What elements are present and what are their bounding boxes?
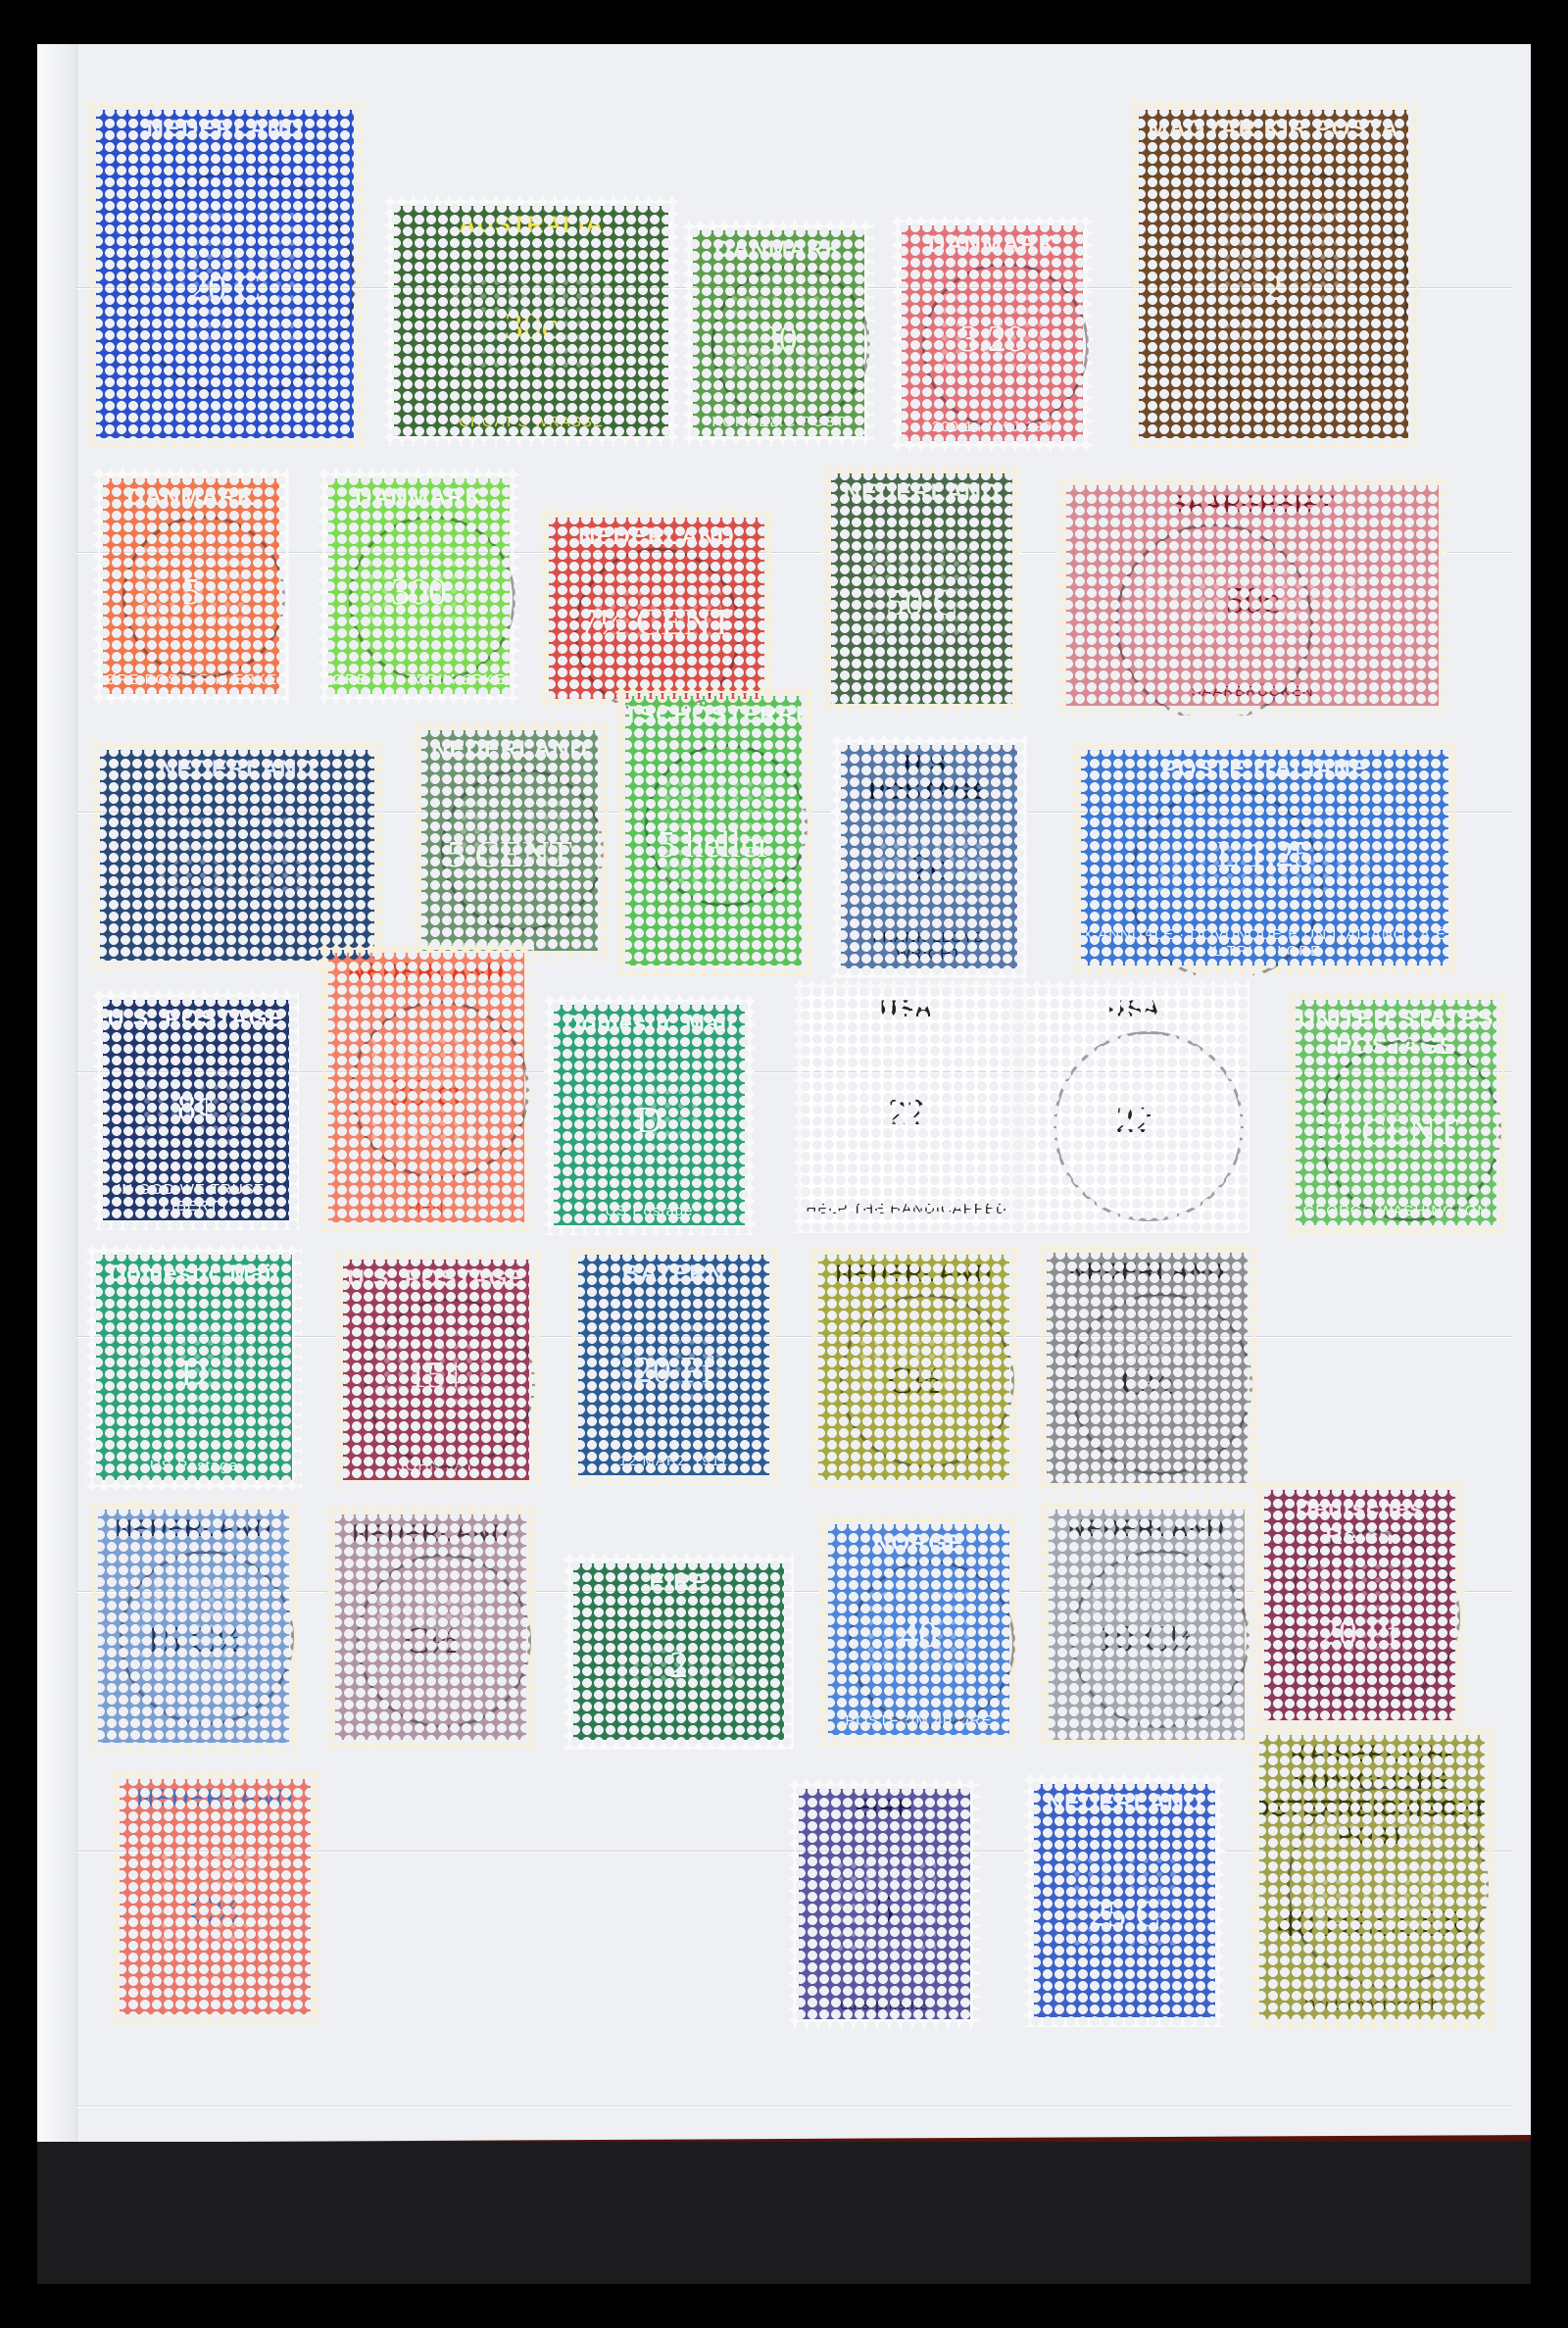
stamp: NEDERLANDC½ bbox=[808, 1245, 1019, 1490]
stamp: NEDERLAND30 ctMEN bbox=[318, 943, 534, 1232]
perfin-holes bbox=[857, 1322, 971, 1412]
perfin-holes bbox=[592, 572, 721, 645]
stamp-caption: IN GOD WE TRUST · LIBERTY bbox=[103, 1181, 289, 1220]
stamp-caption: X ANNUALE · DOVUNQUE È UN ITALIANO LÀ È … bbox=[1081, 926, 1448, 966]
perfin-holes bbox=[938, 290, 1047, 376]
stamp-design: NORGE40POSTFRIM 40 ØRE bbox=[828, 1524, 1009, 1735]
stamp-design: KAISERLICH-KÖNIGLICHE ÖSTERREICHISCHE PO… bbox=[1259, 1735, 1485, 2019]
stamp: NEDERLAND50 C bbox=[821, 464, 1022, 714]
stamp: U.S. POSTAGE15¢JOHN JAY bbox=[333, 1250, 539, 1490]
perfin-holes bbox=[367, 1034, 485, 1142]
stamp: Domestic MailDUS Postage bbox=[86, 1245, 302, 1490]
stamp: Domestic MailDUS Postage bbox=[544, 995, 755, 1235]
perfin-holes bbox=[136, 1579, 251, 1672]
perfin-holes bbox=[365, 543, 473, 629]
stamp: NEDERLAND20 C bbox=[86, 100, 364, 448]
stamp-country: NEDERLAND bbox=[348, 953, 505, 986]
stamp: DANMARK3.202200 14 MAJ 1990 bbox=[892, 216, 1093, 451]
stamp-caption: Deutschösterreich bbox=[1304, 1997, 1440, 2019]
stamp: AUSTRALIA30cCHOAT'S WRASSE bbox=[384, 196, 678, 446]
perfin-holes bbox=[1302, 1560, 1417, 1652]
perfin-holes bbox=[155, 814, 319, 898]
stamp-caption: SAARBRÜCKEN bbox=[1191, 683, 1313, 706]
stamp-design: NEDERLAND25 C bbox=[1034, 1784, 1215, 2017]
perfin-holes bbox=[1088, 1579, 1205, 1671]
perfin-holes bbox=[1071, 1060, 1198, 1153]
stamp-design: DANMARK3.202200 14 MAJ 1990 bbox=[902, 225, 1083, 441]
stamp-country: NEDERLAND bbox=[147, 110, 304, 143]
stamp-caption: JOHN JAY bbox=[397, 1458, 474, 1480]
stamp-country: MAGYAR KIR POSTA bbox=[1148, 110, 1398, 143]
stamp-country: AUSTRALIA bbox=[459, 206, 604, 239]
glassine-strip bbox=[76, 2105, 1512, 2106]
stamp-caption: POSTFRIM 40 ØRE bbox=[845, 1712, 992, 1735]
stamp-design: MAGYAR KIR POSTA2 bbox=[1139, 110, 1408, 438]
stamp-country: U.S. POSTAGE bbox=[348, 1260, 525, 1293]
stamp-design: NEDERLANDC½ bbox=[818, 1255, 1009, 1480]
stamp: Deutsches Reich20 Pf bbox=[1254, 1480, 1465, 1730]
stamp-country: NEDERLAND bbox=[1047, 1784, 1203, 1817]
stamp-caption: cuis pinsine bbox=[840, 1997, 928, 2019]
stamp-design: NEDERLAND30 ctMEN bbox=[328, 953, 524, 1222]
stamp-country: EIRE bbox=[649, 1563, 708, 1597]
stamp: MAGYAR KIR POSTA2 bbox=[1129, 100, 1418, 448]
stamp-country: NORGE bbox=[873, 1524, 964, 1558]
stamp-country: POSTE ITALIANE bbox=[1161, 750, 1368, 783]
stamp-design: DANMARK5ØRE POSTFRIMÆRKE bbox=[103, 478, 279, 694]
stamp: USA22HELP THE HANDICAPPED bbox=[794, 980, 1019, 1233]
perfin-holes bbox=[867, 543, 976, 635]
stamp-design: NEDERLAND10 C½ bbox=[1049, 1510, 1245, 1740]
perfin-holes bbox=[833, 1858, 936, 1951]
stamp-caption: US Postage bbox=[605, 1203, 693, 1225]
perfin-holes bbox=[138, 543, 244, 629]
stamp-country: NEDERLAND bbox=[836, 1255, 993, 1288]
stamp-country: NEDERLAND bbox=[116, 1510, 272, 1543]
stamp: NEDERLAND10 C½ bbox=[1039, 1500, 1254, 1750]
stamp-caption: ØRE POSTFRIMÆRKE bbox=[105, 671, 277, 694]
perfin-holes bbox=[1154, 815, 1375, 901]
stamp-country: NEDERLAND bbox=[431, 730, 588, 764]
stamp-country: UNITED STATES POSTAGE bbox=[1296, 1000, 1496, 1061]
perfin-holes bbox=[1087, 1322, 1207, 1414]
stamp-country: Domestic Mail bbox=[109, 1255, 279, 1288]
stamp-country: NEDERLAND bbox=[159, 750, 316, 783]
perfin-holes bbox=[380, 1326, 492, 1414]
stamp: NEDERLAND7½ CENT bbox=[539, 508, 774, 709]
stamp-country: DANMARK bbox=[928, 225, 1056, 259]
stamp-design: NEDERLANDC½ bbox=[335, 1514, 526, 1740]
perfin-holes bbox=[148, 209, 303, 340]
stamp-design: EIRE2 bbox=[573, 1563, 784, 1740]
stamp: SAARGEBIET50cSAARBRÜCKEN bbox=[1056, 475, 1448, 716]
stamp: NEDERLANDC½ bbox=[1037, 1243, 1257, 1493]
perfin-holes bbox=[373, 1582, 488, 1672]
stamp-country: USA bbox=[1108, 990, 1161, 1023]
stamp-country: NEDERLAND bbox=[1069, 1253, 1226, 1286]
stamp-design: USA22HELP THE HANDICAPPED bbox=[804, 990, 1009, 1223]
stamp: NEDERLAND15 C½ bbox=[88, 1500, 299, 1753]
stamp: DANMARK300ØRE POSTFRIMÆRKE bbox=[318, 469, 519, 704]
perfin-holes bbox=[876, 812, 982, 901]
stamp-country: DANMARK bbox=[714, 230, 843, 264]
perfin-holes bbox=[457, 797, 563, 885]
stamp-design: DEUTSCHÖSTERREICH5 heller bbox=[625, 696, 802, 966]
stamp-country: NEDERLAND bbox=[137, 1779, 294, 1812]
stamp-design: DANMARK300ØRE POSTFRIMÆRKE bbox=[328, 478, 510, 694]
stamp: NEDERLAND bbox=[90, 740, 384, 970]
perfin-holes bbox=[1193, 209, 1354, 340]
perfin-holes bbox=[1141, 552, 1364, 640]
stamp-design: NEDERLAND7½ CENT bbox=[549, 518, 764, 699]
stamp-country: BAYERN bbox=[622, 1255, 725, 1288]
stamp-design: NEDERLAND20 C bbox=[96, 110, 354, 438]
stamp-caption: HELP THE HANDICAPPED bbox=[806, 1201, 1006, 1223]
stamp: DEUTSCHÖSTERREICH5 heller bbox=[615, 686, 811, 975]
stamp-design: U.S. POSTAGE15¢JOHN JAY bbox=[343, 1260, 529, 1480]
stamp-design: U.S. POSTAGE2cFRANK LLOYD WRIGHT bbox=[841, 745, 1017, 968]
perfin-holes bbox=[592, 1071, 707, 1160]
stamp-design: USA22 bbox=[1029, 990, 1240, 1223]
stamp: BAYERN20 Pf12 MÄRZ 1911 bbox=[568, 1245, 779, 1485]
perfin-holes bbox=[1070, 1854, 1179, 1947]
stamp-caption: FRANK LLOYD WRIGHT bbox=[841, 929, 1017, 968]
stamp-caption: ØRE POSTFRIMÆRKE bbox=[332, 671, 505, 694]
stamp-caption: US Postage bbox=[150, 1458, 238, 1480]
stamp: USA22 bbox=[1019, 980, 1249, 1233]
stamp-design: Deutsches Reich20 Pf bbox=[1264, 1490, 1455, 1720]
stamp-country: NEDERLAND bbox=[578, 518, 735, 551]
stamp: POSTE ITALIANEL 1.25X ANNUALE · DOVUNQUE… bbox=[1071, 740, 1458, 975]
stamp-country: NEDERLAND bbox=[353, 1514, 510, 1548]
perfin-holes bbox=[845, 1060, 968, 1153]
stamp-design: NEDERLAND bbox=[100, 750, 374, 961]
perfin-holes bbox=[135, 1322, 253, 1412]
stamp-country: DANMARK bbox=[127, 478, 256, 512]
perfin-holes bbox=[727, 292, 830, 374]
stamp-country: U.S. POSTAGE bbox=[841, 745, 1017, 806]
stamp-caption: CHOAT'S WRASSE bbox=[459, 414, 603, 436]
stamp: DANMARK30KONGELIG POST bbox=[683, 221, 874, 446]
stamp-design: U.S. POSTAGE8¢IN GOD WE TRUST · LIBERTY bbox=[103, 1000, 289, 1220]
stamp-design: NEDERLANDC½ bbox=[120, 1779, 311, 2014]
stamp: UNITED STATES POSTAGE1 CENTGEORGE WASHIN… bbox=[1286, 990, 1506, 1235]
stamp-country: Domestic Mail bbox=[563, 1005, 734, 1038]
stamp: DANMARK5ØRE POSTFRIMÆRKE bbox=[93, 469, 289, 704]
perfin-holes bbox=[1336, 1067, 1456, 1158]
stamp-caption: KONGELIG POST bbox=[711, 414, 845, 436]
stamp-country: U.S. POSTAGE bbox=[108, 1000, 285, 1033]
stamp: U.S. POSTAGE8¢IN GOD WE TRUST · LIBERTY bbox=[93, 990, 299, 1230]
stamp-country: EIRE bbox=[855, 1789, 913, 1822]
perfin-holes bbox=[615, 1616, 742, 1687]
stamp-design: UNITED STATES POSTAGE1 CENTGEORGE WASHIN… bbox=[1296, 1000, 1496, 1225]
stamp-caption: 12 MÄRZ 1911 bbox=[619, 1453, 729, 1475]
stamp: NEDERLANDC½ bbox=[110, 1769, 320, 2024]
stamp-design: AUSTRALIA30cCHOAT'S WRASSE bbox=[394, 206, 668, 436]
stamp: U.S. POSTAGE2cFRANK LLOYD WRIGHT bbox=[831, 735, 1027, 978]
stamp-design: NEDERLANDC½ bbox=[1047, 1253, 1248, 1483]
stamp: KAISERLICH-KÖNIGLICHE ÖSTERREICHISCHE PO… bbox=[1249, 1725, 1494, 2029]
stamp: NEDERLANDC½ bbox=[325, 1505, 536, 1750]
stamp-country: Deutsches Reich bbox=[1264, 1490, 1455, 1551]
stamp-design: Domestic MailDUS Postage bbox=[96, 1255, 292, 1480]
perfin-holes bbox=[616, 1321, 731, 1410]
stamp: NEDERLAND25 C bbox=[1024, 1774, 1225, 2027]
dark-background-cloth bbox=[37, 2142, 1531, 2284]
stamp: EIRE2 bbox=[563, 1554, 794, 1750]
stamp-design: NEDERLAND15 C½ bbox=[98, 1510, 289, 1743]
stamp-caption: GEORGE WASHINGTON bbox=[1303, 1203, 1490, 1225]
perfin-holes bbox=[140, 1066, 252, 1155]
stamp-design: DANMARK30KONGELIG POST bbox=[693, 230, 864, 436]
stamp-country: DANMARK bbox=[355, 478, 483, 512]
stamp-design: BAYERN20 Pf12 MÄRZ 1911 bbox=[578, 1255, 769, 1475]
stamp: NORGE40POSTFRIM 40 ØRE bbox=[818, 1514, 1019, 1745]
stamp-caption: MEN bbox=[409, 1200, 444, 1222]
perfin-holes bbox=[864, 1588, 973, 1672]
stamp-design: NEDERLAND50 C bbox=[831, 473, 1012, 704]
stamp: NEDERLAND5 CENT bbox=[412, 720, 608, 961]
perfin-holes bbox=[158, 1850, 272, 1944]
stamp-country: USA bbox=[880, 990, 933, 1023]
perfin-holes bbox=[661, 777, 766, 885]
album-spine bbox=[37, 44, 77, 2142]
stamp-design: POSTE ITALIANEL 1.25X ANNUALE · DOVUNQUE… bbox=[1081, 750, 1448, 966]
stamp-design: SAARGEBIET50cSAARBRÜCKEN bbox=[1066, 485, 1439, 706]
stamp-design: NEDERLAND5 CENT bbox=[421, 730, 598, 951]
perfin-holes bbox=[1304, 1820, 1440, 1934]
stamp: EIRE5cuis pinsine bbox=[789, 1779, 980, 2029]
stamp-caption: 2200 14 MAJ 1990 bbox=[923, 419, 1062, 441]
stamp-country: NEDERLAND bbox=[1068, 1510, 1225, 1543]
stamp-design: Domestic MailDUS Postage bbox=[554, 1005, 745, 1225]
stamp-country: NEDERLAND bbox=[844, 473, 1001, 507]
stamp-country: DEUTSCHÖSTERREICH bbox=[625, 696, 802, 729]
perfin-holes bbox=[449, 275, 613, 368]
stamp-country: SAARGEBIET bbox=[1170, 485, 1334, 519]
stamp-design: EIRE5cuis pinsine bbox=[799, 1789, 970, 2019]
